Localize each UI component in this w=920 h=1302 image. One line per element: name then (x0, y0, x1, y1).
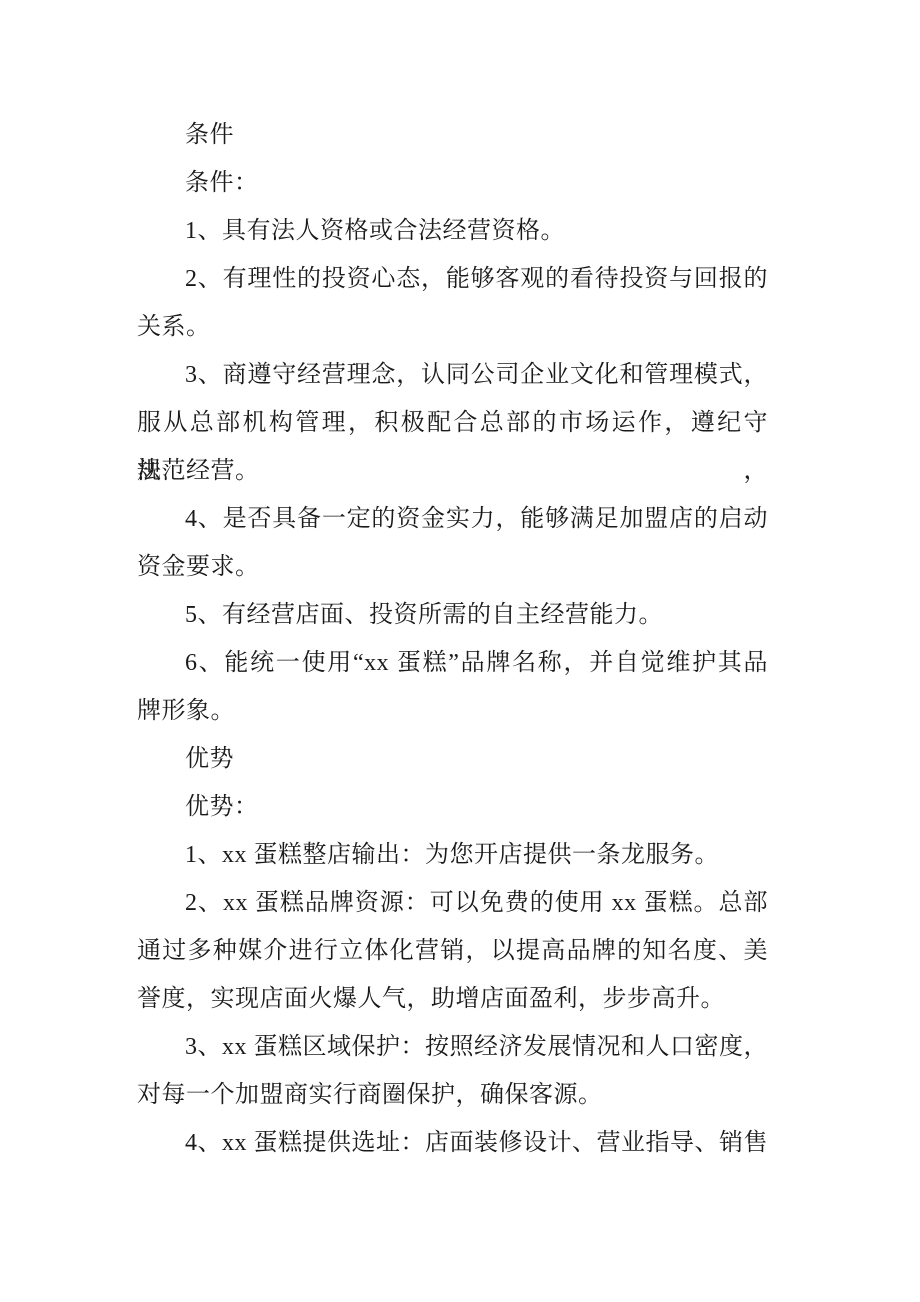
text-line: 5、有经营店面、投资所需的自主经营能力。 (137, 591, 768, 639)
text-line: 6、能统一使用“xx 蛋糕”品牌名称，并自觉维护其品 (137, 639, 768, 687)
text-line: 3、商遵守经营理念，认同公司企业文化和管理模式， (137, 351, 768, 399)
text-line: 誉度，实现店面火爆人气，助增店面盈利，步步高升。 (137, 975, 768, 1023)
text-line: 1、xx 蛋糕整店输出：为您开店提供一条龙服务。 (137, 831, 768, 879)
text-line: 资金要求。 (137, 543, 768, 591)
text-line: 牌形象。 (137, 687, 768, 735)
text-line: 关系。 (137, 303, 768, 351)
text-line: 通过多种媒介进行立体化营销，以提高品牌的知名度、美 (137, 927, 768, 975)
text-line: 2、有理性的投资心态，能够客观的看待投资与回报的 (137, 255, 768, 303)
text-line: 2、xx 蛋糕品牌资源：可以免费的使用 xx 蛋糕。总部 (137, 879, 768, 927)
text-line: 条件 (137, 111, 768, 159)
text-line: 4、是否具备一定的资金实力，能够满足加盟店的启动 (137, 495, 768, 543)
text-line: 优势 (137, 735, 768, 783)
text-line: 优势： (137, 783, 768, 831)
document-content: 条件条件：1、具有法人资格或合法经营资格。2、有理性的投资心态，能够客观的看待投… (137, 111, 768, 1167)
text-line: 4、xx 蛋糕提供选址：店面装修设计、营业指导、销售 (137, 1119, 768, 1167)
text-line: 条件： (137, 159, 768, 207)
document-page: 条件条件：1、具有法人资格或合法经营资格。2、有理性的投资心态，能够客观的看待投… (0, 0, 920, 1302)
text-line: 对每一个加盟商实行商圈保护，确保客源。 (137, 1071, 768, 1119)
text-line: 3、xx 蛋糕区域保护：按照经济发展情况和人口密度， (137, 1023, 768, 1071)
text-line: 1、具有法人资格或合法经营资格。 (137, 207, 768, 255)
text-line: 服从总部机构管理，积极配合总部的市场运作，遵纪守法， (137, 399, 768, 447)
